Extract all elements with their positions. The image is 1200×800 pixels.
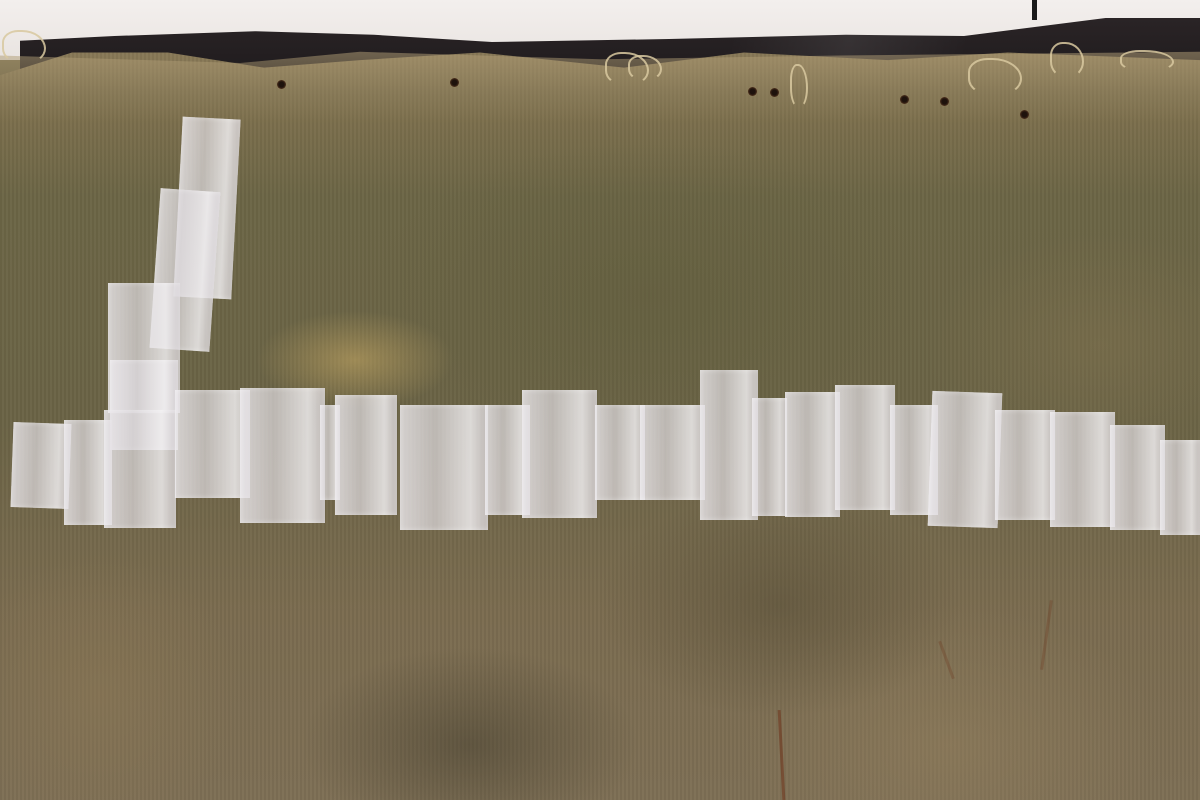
tape-piece (785, 392, 840, 517)
loose-thread (2, 30, 46, 64)
tape-piece (640, 405, 705, 500)
nail-hole (450, 78, 459, 87)
nail-hole (940, 97, 949, 106)
tape-piece (522, 390, 597, 518)
loose-thread (1050, 42, 1084, 78)
plastic-support-pole (1032, 0, 1037, 20)
loose-thread (790, 64, 808, 108)
tape-piece (11, 422, 72, 509)
nail-hole (277, 80, 286, 89)
tape-piece (1110, 425, 1165, 530)
nail-hole (900, 95, 909, 104)
tape-piece (928, 391, 1003, 528)
loose-thread (968, 58, 1022, 96)
loose-thread (1120, 50, 1174, 72)
tape-piece (175, 390, 250, 498)
nail-hole (748, 87, 757, 96)
tape-piece (835, 385, 895, 510)
nail-hole (1020, 110, 1029, 119)
tape-piece (104, 410, 176, 528)
tape-piece (400, 405, 488, 530)
tape-piece (995, 410, 1055, 520)
loose-thread (628, 55, 662, 81)
tape-piece (240, 388, 325, 523)
nail-hole (770, 88, 779, 97)
tape-piece (1160, 440, 1200, 535)
tape-piece (335, 395, 397, 515)
tape-piece (595, 405, 645, 500)
tape-piece (1050, 412, 1115, 527)
tape-piece (700, 370, 758, 520)
tape-piece (752, 398, 787, 516)
